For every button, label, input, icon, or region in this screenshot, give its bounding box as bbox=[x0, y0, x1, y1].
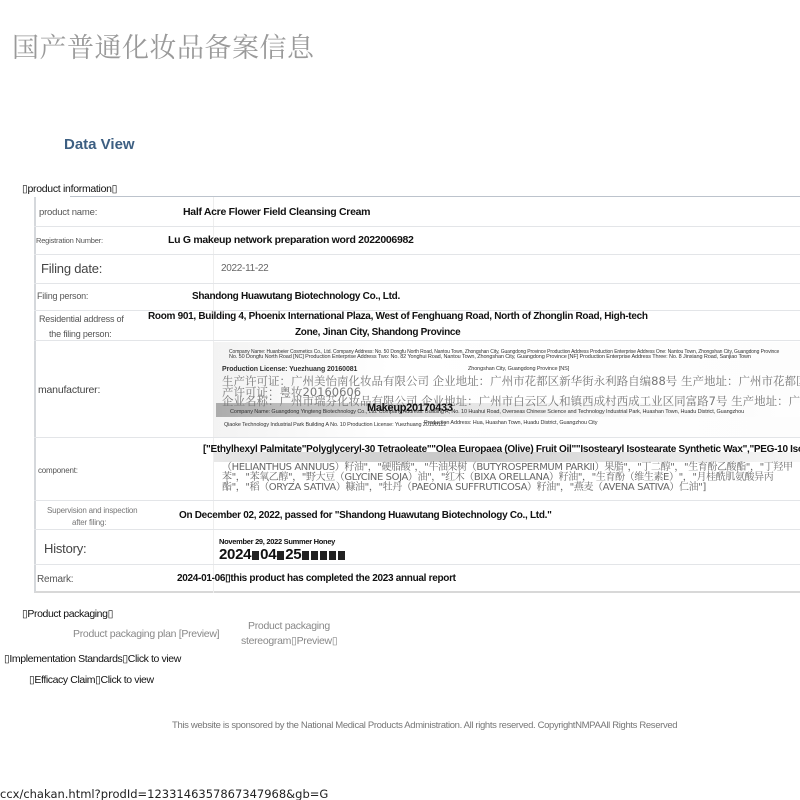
status-bar-url: ccx/chakan.html?prodId=12331463578673479… bbox=[0, 787, 328, 800]
filing-person-label: Filing person: bbox=[37, 291, 88, 301]
remark-value: 2024-01-06▯this product has completed th… bbox=[177, 573, 456, 584]
efficacy-claim-link[interactable]: Click to view bbox=[101, 674, 154, 686]
row-divider bbox=[34, 500, 800, 501]
filing-person-value: Shandong Huawutang Biotechnology Co., Lt… bbox=[192, 291, 400, 302]
filing-date-label: Filing date: bbox=[41, 261, 102, 276]
product-information-section-title: ▯product information▯ bbox=[22, 183, 117, 195]
packaging-stereogram-preview-link[interactable]: stereogram▯Preview▯ bbox=[241, 635, 337, 647]
residential-address-value-line1: Room 901, Building 4, Phoenix Internatio… bbox=[148, 311, 648, 322]
implementation-standards-link[interactable]: Click to view bbox=[128, 653, 181, 665]
missing-glyph bbox=[338, 551, 345, 560]
manufacturer-line: Production License: Yuezhuang 20160081 bbox=[222, 366, 357, 373]
residential-address-label-line2: the filing person: bbox=[49, 329, 111, 339]
remark-label: Remark: bbox=[37, 574, 73, 585]
registration-number-value: Lu G makeup network preparation word 202… bbox=[168, 234, 414, 246]
history-label: History: bbox=[44, 541, 86, 556]
efficacy-claim-row[interactable]: ▯Efficacy Claim▯Click to view bbox=[29, 674, 154, 686]
manufacturer-line: No. 50 Dongfu North Road [NC] Production… bbox=[229, 354, 751, 360]
row-divider bbox=[34, 226, 800, 227]
data-view-heading: Data View bbox=[64, 136, 135, 153]
missing-glyph bbox=[277, 551, 284, 560]
row-divider bbox=[34, 564, 800, 565]
supervision-label-line2: after filing: bbox=[72, 518, 106, 527]
site-title: 国产普通化妆品备案信息 bbox=[12, 26, 315, 65]
residential-address-label-line1: Residential address of bbox=[39, 314, 124, 324]
component-value-en: ["Ethylhexyl Palmitate"Polyglyceryl-30 T… bbox=[203, 444, 800, 455]
supervision-value: On December 02, 2022, passed for "Shando… bbox=[179, 510, 552, 521]
history-line1: November 29, 2022 Summer Honey bbox=[219, 537, 335, 546]
row-divider bbox=[34, 529, 800, 530]
row-divider bbox=[34, 283, 800, 284]
missing-glyph bbox=[311, 551, 318, 560]
packaging-stereogram-label: Product packaging bbox=[248, 620, 330, 632]
footer-copyright: This website is sponsored by the Nationa… bbox=[172, 720, 677, 731]
row-divider bbox=[34, 340, 800, 341]
manufacturer-line: Production Address: Hua, Huashan Town, H… bbox=[424, 420, 597, 426]
residential-address-value-line2: Zone, Jinan City, Shandong Province bbox=[295, 327, 460, 338]
component-value-cn: 酯"，"稻（ORYZA SATIVA）糠油"，"牡丹（PAEONIA SUFFR… bbox=[222, 483, 706, 493]
supervision-label-line1: Supervision and inspection bbox=[47, 506, 137, 515]
manufacturer-line-cn: 企业名称：广州市瑞芬化妆品有限公司 企业地址：广州市白云区人和镇西成村西成工业区… bbox=[222, 393, 800, 409]
bracket-glyph: ▯ bbox=[112, 183, 117, 195]
manufacturer-label: manufacturer: bbox=[38, 384, 100, 396]
product-name-value: Half Acre Flower Field Cleansing Cream bbox=[183, 206, 370, 218]
manufacturer-overlay-text: Makeup20170433 bbox=[367, 402, 453, 414]
missing-glyph bbox=[302, 551, 309, 560]
filing-date-value: 2022-11-22 bbox=[221, 263, 268, 274]
product-name-label: product name: bbox=[39, 207, 97, 218]
missing-glyph bbox=[320, 551, 327, 560]
manufacturer-line: Company Name: Guangdong Yingteng Biotech… bbox=[230, 409, 744, 415]
product-packaging-section-title: ▯Product packaging▯ bbox=[22, 608, 113, 620]
registration-number-label: Registration Number: bbox=[36, 236, 103, 245]
packaging-plan-preview-link[interactable]: Product packaging plan [Preview] bbox=[73, 628, 219, 640]
row-divider bbox=[34, 437, 800, 438]
manufacturer-line: Qiaoke Technology Industrial Park Buildi… bbox=[224, 422, 446, 428]
manufacturer-line: Zhongshan City, Guangdong Province [NS] bbox=[468, 366, 569, 372]
missing-glyph bbox=[252, 551, 259, 560]
missing-glyph bbox=[329, 551, 336, 560]
component-label: component: bbox=[38, 466, 78, 475]
row-divider bbox=[34, 254, 800, 255]
history-line2: 20240425 bbox=[219, 546, 346, 563]
implementation-standards-row[interactable]: ▯Implementation Standards▯Click to view bbox=[4, 653, 181, 665]
